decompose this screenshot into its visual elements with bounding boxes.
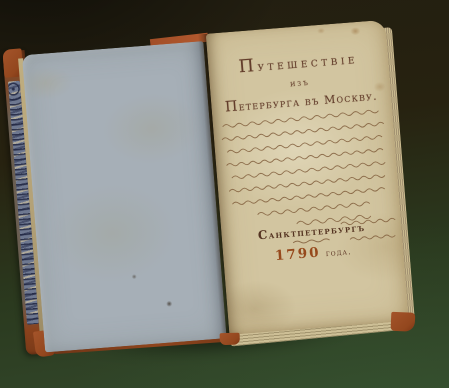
leather-corner-gutter-bottom bbox=[220, 333, 240, 346]
photograph-of-open-antique-book: Путешествіе изъ Петербурга въ Москву. Са… bbox=[0, 0, 449, 388]
imprint-year-suffix: года. bbox=[325, 247, 351, 258]
blank-endpaper-left-page bbox=[22, 41, 227, 352]
title-page: Путешествіе изъ Петербурга въ Москву. Са… bbox=[206, 20, 409, 335]
imprint-year: 1790 bbox=[274, 245, 321, 265]
open-book: Путешествіе изъ Петербурга въ Москву. Са… bbox=[2, 19, 417, 361]
leather-corner-bottom-right bbox=[391, 312, 416, 332]
